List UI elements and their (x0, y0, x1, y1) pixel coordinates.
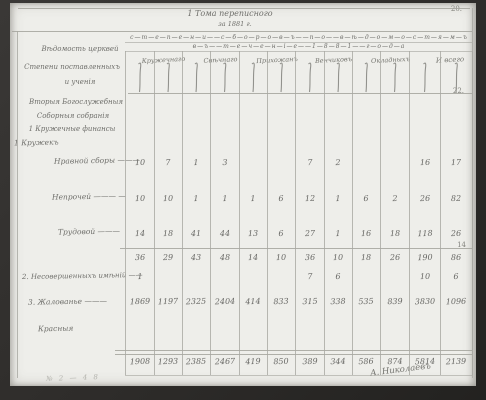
cell-value: 833 (268, 297, 294, 307)
pen-stroke (424, 63, 426, 92)
pen-stroke (365, 63, 367, 92)
pen-stroke (337, 63, 339, 92)
cell-value: 1 (126, 272, 152, 282)
cell-value: 7 (296, 272, 322, 282)
cell-value: 535 (353, 297, 379, 307)
cell-value: 7 (155, 158, 181, 168)
stub-heading-line: Вѣдомость церквей (32, 45, 128, 53)
cell-value: 2 (381, 194, 407, 204)
cell-value: 26 (381, 253, 407, 263)
cell-value: 6 (268, 194, 294, 204)
grid-line (380, 51, 381, 375)
cell-value: 315 (296, 297, 322, 307)
cell-value: 18 (155, 229, 181, 239)
grid-line (472, 8, 473, 378)
cell-value: 6 (353, 194, 379, 204)
cell-value: 414 (240, 297, 266, 307)
cell-value: 190 (411, 253, 437, 263)
cell-value: 6 (325, 272, 351, 282)
cell-value: 344 (325, 357, 351, 367)
grid-line (154, 51, 155, 375)
cell-value: 6 (268, 229, 294, 239)
cell-value: 839 (381, 297, 407, 307)
cell-value: 338 (325, 297, 351, 307)
cell-value: 2325 (183, 297, 209, 307)
grid-line (17, 31, 18, 378)
column-group-label: Кружечнаго (135, 55, 192, 66)
cell-value: 118 (411, 229, 437, 239)
cell-value: 389 (296, 357, 322, 367)
cell-value: 10 (411, 272, 437, 282)
grid-line (324, 51, 325, 375)
cell-value: 29 (155, 253, 181, 263)
column-group-label: Окладныхъ (362, 55, 419, 66)
cell-value: 586 (353, 357, 379, 367)
column-group-label: Свѣчнаго (192, 55, 249, 66)
pen-stroke (167, 63, 169, 92)
cell-value: 14 (126, 229, 152, 239)
cell-value: 2404 (211, 297, 237, 307)
grid-line (295, 51, 296, 375)
grid-line (210, 51, 211, 375)
grid-line (409, 51, 410, 375)
cell-value: 16 (353, 229, 379, 239)
pen-stroke (139, 63, 141, 92)
cell-value: 16 (411, 158, 437, 168)
ruled-caption-2: в—ъ——т—е—ч—е—н—і—е——1—8—8—1——г—о—д—а (128, 43, 470, 51)
cell-value: 41 (183, 229, 209, 239)
cell-value: 14 (240, 253, 266, 263)
ruled-caption-1: с—т—е—п—е—н—и——с—б—о—р—о—в—ъ——п—о——в—ѣ—д… (128, 34, 470, 42)
row-label: Трудовой ——— (58, 226, 120, 236)
cell-value: 2385 (183, 357, 209, 367)
stub-heading-line: Соборныя собранія (18, 112, 128, 120)
page-title-line2: за 1881 г. (190, 20, 280, 28)
grid-line (125, 51, 126, 375)
cell-value: 7 (296, 158, 322, 168)
grid-line (120, 248, 472, 249)
cell-value: 10 (126, 194, 152, 204)
grid-line (352, 51, 353, 375)
stub-heading-line: и ученія (32, 78, 128, 86)
page-number-top: 20. (451, 5, 462, 13)
grid-line (115, 350, 472, 351)
grid-line (125, 375, 472, 376)
cell-value: 874 (381, 357, 407, 367)
grid-line (182, 51, 183, 375)
section-label: 1 Кружекъ (14, 138, 59, 148)
cell-value: 18 (353, 253, 379, 263)
stub-heading-line: Степени поставленныхъ (16, 63, 128, 71)
cell-value: 1197 (155, 297, 181, 307)
cell-value: 2 (325, 158, 351, 168)
page-title-line1: 1 Тома переписного (145, 9, 315, 18)
pen-stroke (394, 63, 396, 92)
cell-value: 18 (381, 229, 407, 239)
cell-value: 5814 (411, 357, 437, 367)
pen-stroke (195, 63, 197, 92)
pen-stroke (252, 63, 254, 92)
cell-value: 10 (126, 158, 152, 168)
cell-value: 1 (183, 194, 209, 204)
cell-value: 26 (443, 229, 469, 239)
cell-value: 1 (325, 229, 351, 239)
cell-value: 48 (211, 253, 237, 263)
row-label: Красныя (38, 324, 73, 334)
grid-line (12, 31, 472, 32)
cell-value: 44 (211, 229, 237, 239)
grid-line (267, 51, 268, 375)
grid-line (125, 42, 472, 43)
cell-value: 1 (211, 194, 237, 204)
cell-value: 10 (325, 253, 351, 263)
column-group-label: Прихожанъ (249, 55, 305, 66)
cell-value: 10 (155, 194, 181, 204)
cell-value: 82 (443, 194, 469, 204)
cell-value: 13 (240, 229, 266, 239)
stub-heading-line: 1 Кружечные финансы (16, 125, 128, 133)
grid-line (128, 93, 472, 94)
cell-value: 6 (443, 272, 469, 282)
cell-value: 27 (296, 229, 322, 239)
pen-stroke (309, 63, 311, 92)
row-label: 3. Жалованье ——— (28, 296, 107, 306)
pen-stroke (224, 63, 226, 92)
paper-sheet: 1 Тома переписного за 1881 г. 20. 22. 14… (10, 3, 476, 386)
cell-value: 43 (183, 253, 209, 263)
cell-value: 36 (296, 253, 322, 263)
cell-value: 26 (411, 194, 437, 204)
cell-value: 3 (211, 158, 237, 168)
grid-line (18, 8, 470, 9)
grid-line (440, 51, 441, 375)
grid-line (115, 354, 472, 355)
cell-value: 2467 (211, 357, 237, 367)
cell-value: 1 (183, 158, 209, 168)
pen-stroke (280, 63, 282, 92)
column-group-label: Венчиковъ (305, 55, 362, 66)
cell-value: 3830 (411, 297, 437, 307)
cell-value: 1293 (155, 357, 181, 367)
cell-value: 1 (325, 194, 351, 204)
cell-value: 419 (240, 357, 266, 367)
cell-value: 1096 (443, 297, 469, 307)
cell-value: 17 (443, 158, 469, 168)
scanned-ledger-page: 1 Тома переписного за 1881 г. 20. 22. 14… (0, 0, 486, 400)
cell-value: 1908 (126, 357, 152, 367)
row-label: Непрочей ——— — (52, 191, 126, 201)
cell-value: 1 (240, 194, 266, 204)
stub-heading-line: Вторыя Богослужебныя (24, 98, 128, 106)
cell-value: 1869 (126, 297, 152, 307)
cell-value: 12 (296, 194, 322, 204)
pencil-note: № 2 — 4 8 (46, 373, 100, 383)
cell-value: 850 (268, 357, 294, 367)
cell-value: 10 (268, 253, 294, 263)
grid-line (125, 51, 472, 52)
cell-value: 36 (126, 253, 152, 263)
cell-value: 86 (443, 253, 469, 263)
cell-value: 2139 (443, 357, 469, 367)
grid-line (239, 51, 240, 375)
